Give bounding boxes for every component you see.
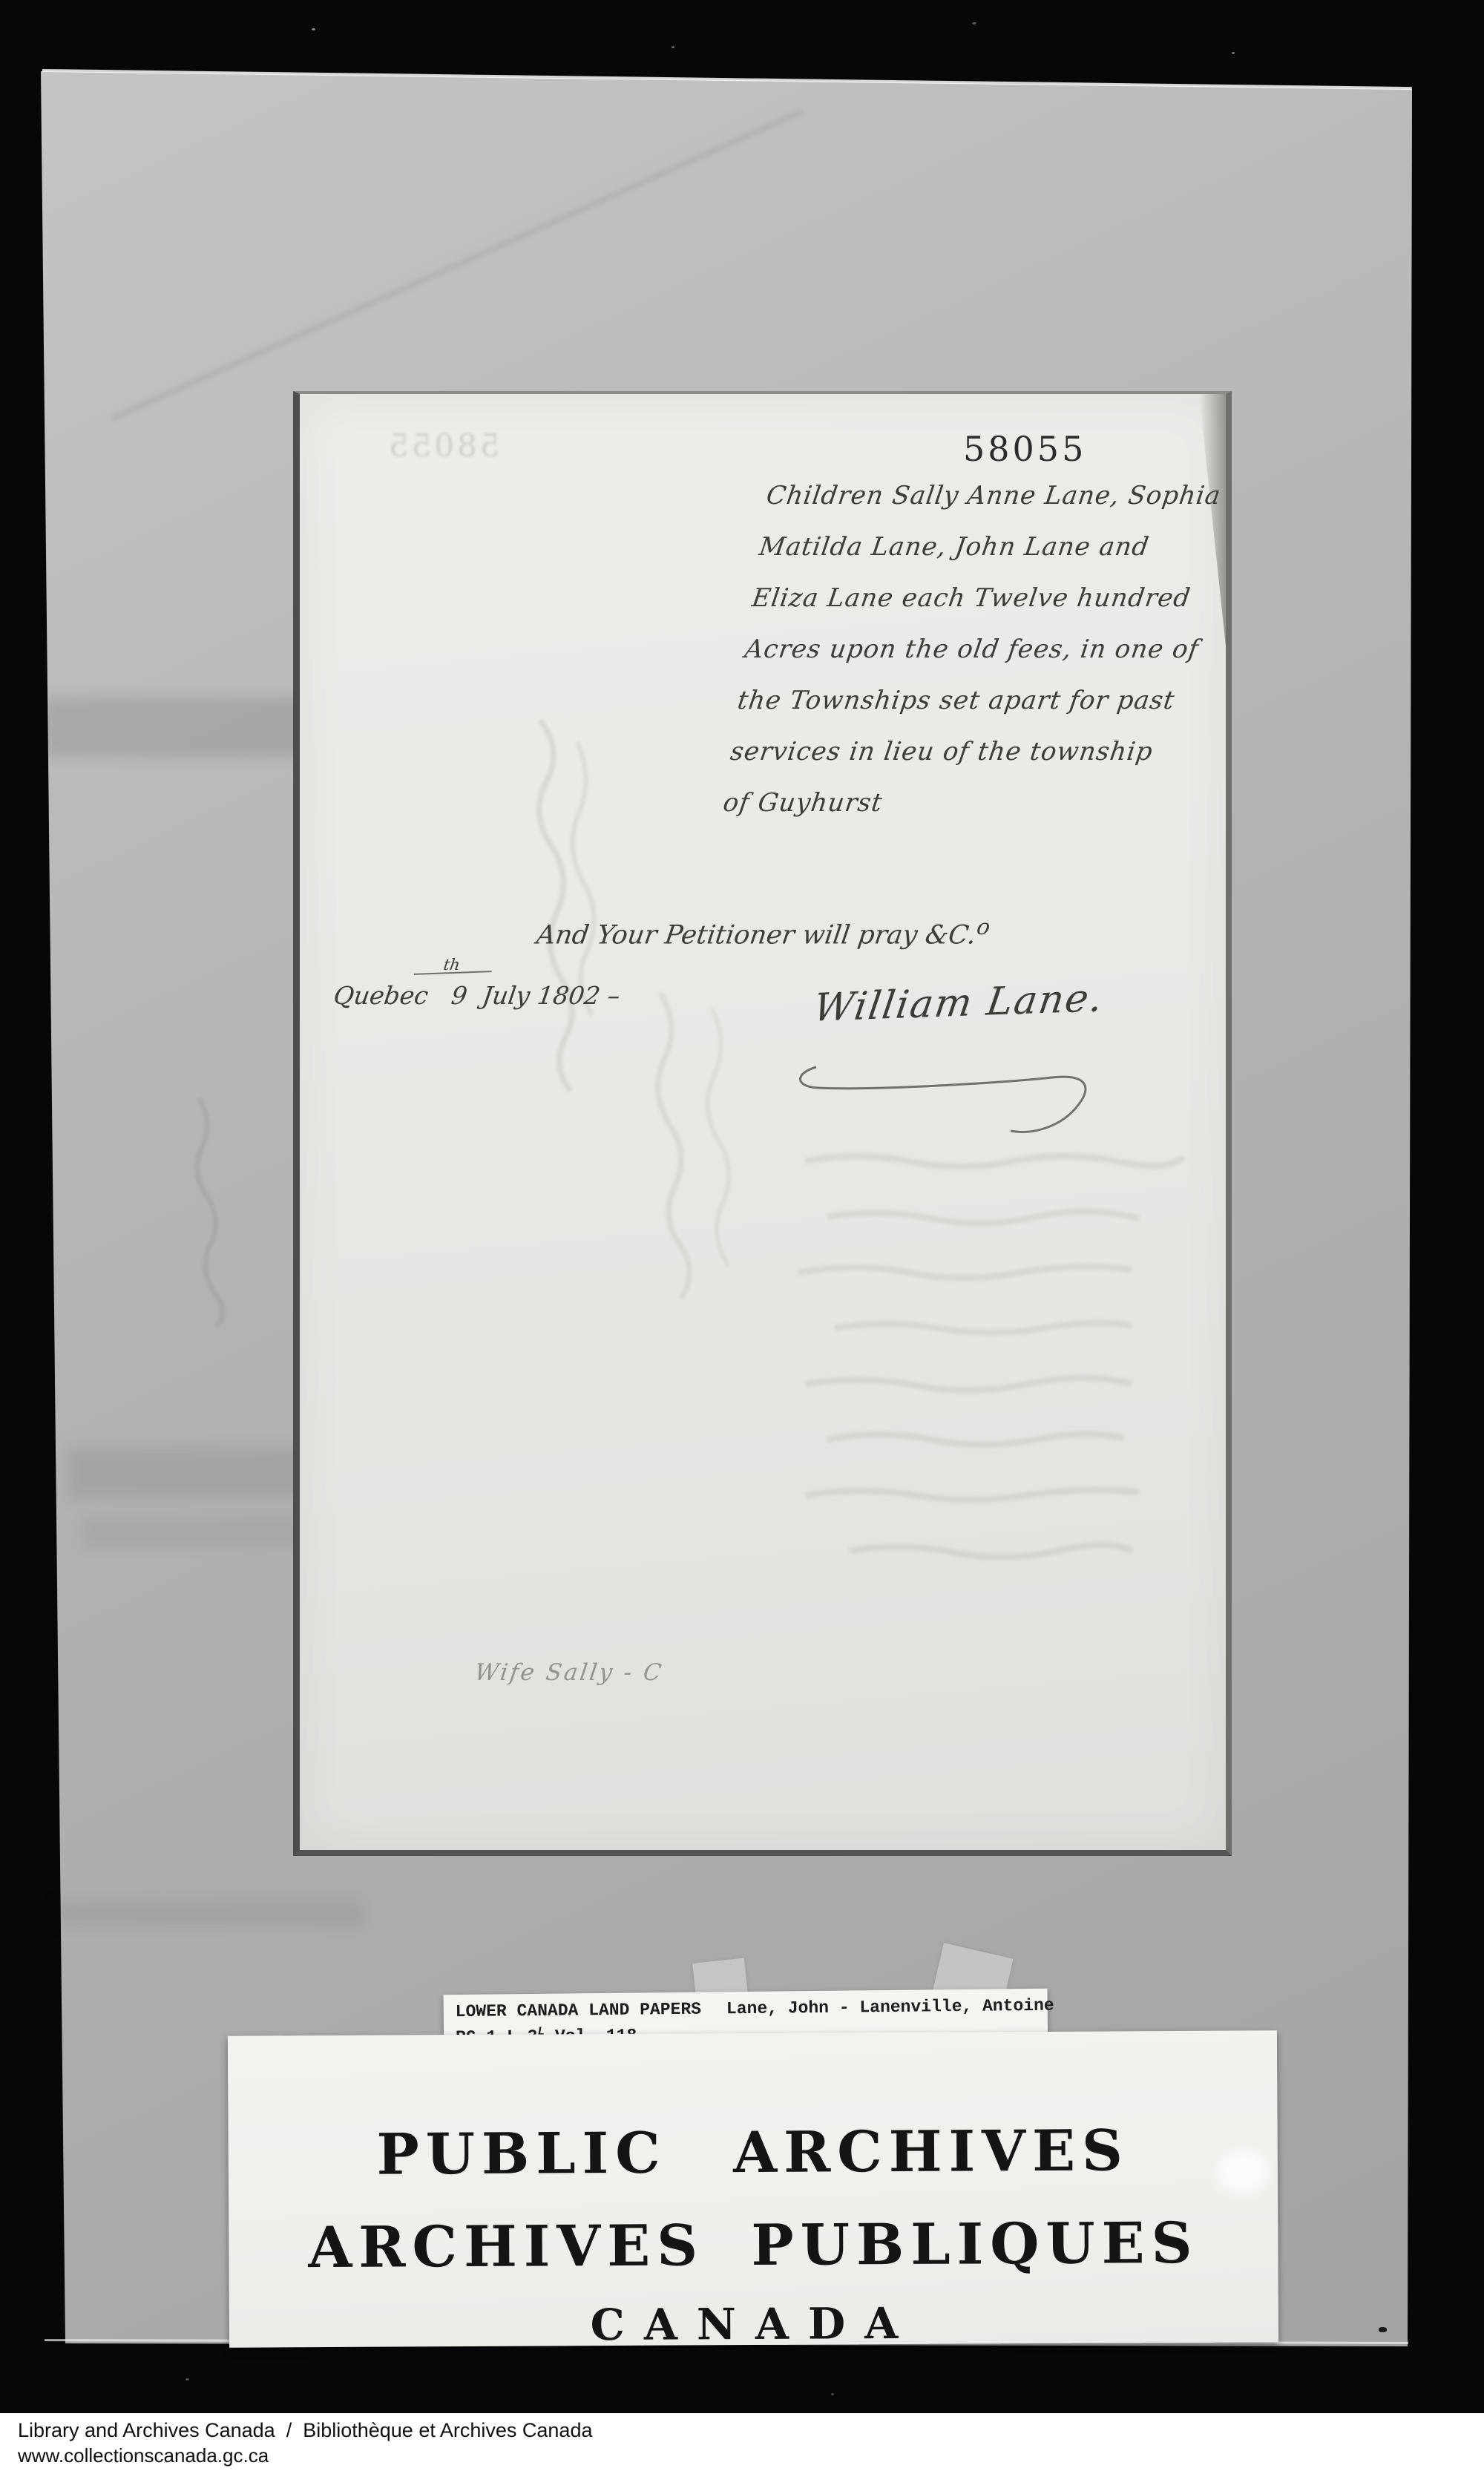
signature-flourish [788,1043,1100,1144]
record-name-range: Lane, John - Lanenville, Antoine [726,1996,1054,2019]
archives-stamp-canada: CANADA [229,2296,1278,2352]
petition-line: of Guyhurst [718,788,1180,839]
dateline-place: Quebec [332,981,430,1010]
archive-number-stamp: 58055 [963,429,1086,469]
card-bright-spot [1217,2149,1269,2194]
bleedthrough-text-lines [783,1146,1198,1592]
film-speck [1232,52,1235,54]
petition-line: Children Sally Anne Lane, Sophia [761,481,1223,532]
mat-ink-speck [1379,2327,1387,2332]
film-speck [185,2378,189,2381]
petition-line: Eliza Lane each Twelve hundred [747,583,1209,634]
film-speck [312,28,315,30]
petition-text-block: Children Sally Anne Lane, Sophia Matilda… [718,481,1223,839]
lac-footer-title: Library and Archives Canada / Bibliothèq… [18,2419,592,2442]
mat-margin-marks [177,1091,229,1328]
film-speck [672,46,674,48]
petition-line: Matilda Lane, John Lane and [755,532,1216,583]
lac-footer: Library and Archives Canada / Bibliothèq… [0,2413,1484,2474]
record-series-title: LOWER CANADA LAND PAPERS [456,2000,702,2021]
bleedthrough-vertical-script [510,712,607,1098]
bleedthrough-vertical-script [631,987,757,1328]
archive-number-ghost-offset: 58055 [386,427,500,464]
lac-footer-url: www.collectionscanada.gc.ca [18,2444,269,2467]
dateline-day: 9 [450,981,469,1010]
archives-stamp-english: PUBLIC ARCHIVES [229,2116,1278,2188]
exposure-streak [43,698,325,757]
film-speck [972,22,976,24]
exposure-streak [52,1900,364,1926]
pencil-annotation: Wife Sally - C [473,1659,665,1686]
dateline-day-suffix: th [442,956,461,974]
scanned-archive-page: 58055 58055 Children Sally Anne Lane, So… [0,0,1484,2474]
reference-label-line1: LOWER CANADA LAND PAPERSLane, John - Lan… [456,1996,1048,2021]
petition-line: Acres upon the old fees, in one of [740,634,1201,686]
film-speck [831,2393,834,2395]
archives-stamp-french: ARCHIVES PUBLIQUES [229,2209,1278,2280]
petition-line: the Townships set apart for past [732,686,1194,737]
petition-line: services in lieu of the township [726,737,1187,788]
archives-stamp-card: PUBLIC ARCHIVES ARCHIVES PUBLIQUES CANAD… [228,2030,1278,2347]
